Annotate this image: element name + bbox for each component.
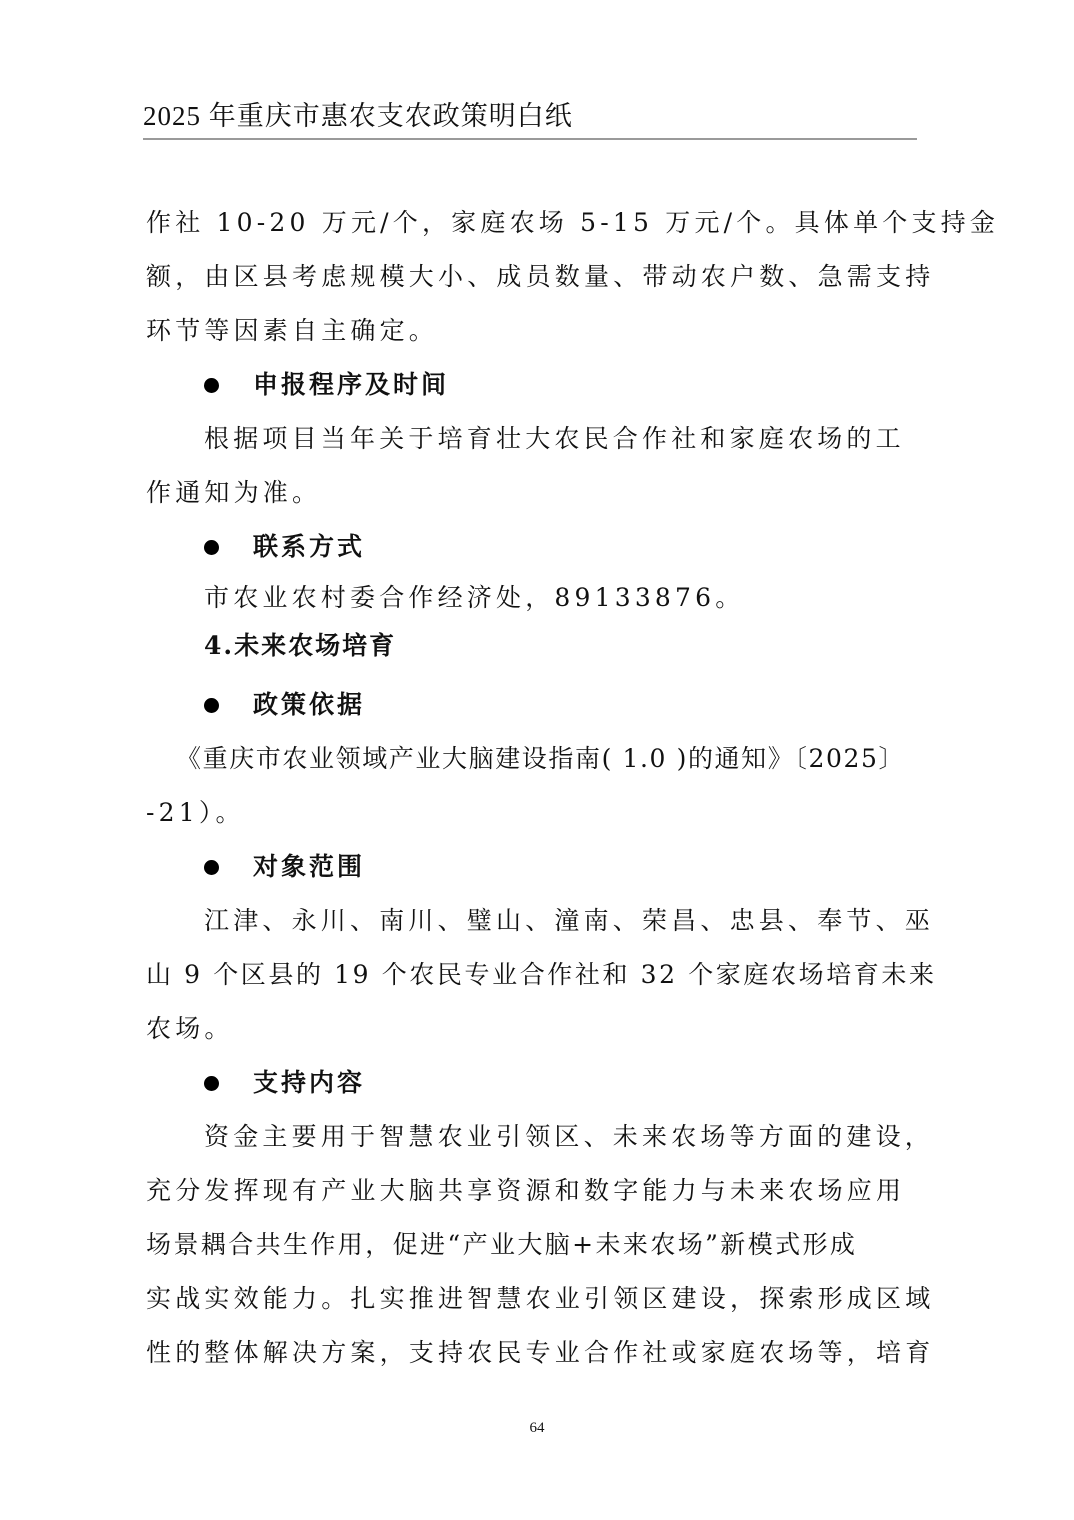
paragraph-line: 性的整体解决方案，支持农民专业合作社或家庭农场等，培育 [146, 1326, 916, 1380]
subheading-text: 支持内容 [253, 1056, 365, 1110]
subheading-support: 支持内容 [146, 1056, 916, 1110]
paragraph-line: 作通知为准。 [146, 466, 916, 520]
bullet-icon [204, 1076, 219, 1091]
paragraph-line: 江津、永川、南川、璧山、潼南、荣昌、忠县、奉节、巫 [146, 894, 916, 948]
paragraph-line: 场景耦合共生作用，促进“产业大脑+未来农场”新模式形成 [146, 1218, 916, 1272]
paragraph-line: 农场。 [146, 1002, 916, 1056]
contact-line: 市农业农村委合作经济处，89133876。 [146, 574, 916, 622]
section-title: 4.未来农场培育 [146, 622, 916, 678]
running-header-title: 2025 年重庆市惠农支农政策明白纸 [143, 96, 917, 136]
bullet-icon [204, 378, 219, 393]
paragraph-line: 作社 10-20 万元/个，家庭农场 5-15 万元/个。具体单个支持金 [146, 196, 916, 250]
subheading-text: 申报程序及时间 [253, 358, 449, 412]
subheading-basis: 政策依据 [146, 678, 916, 732]
header-divider [143, 138, 917, 140]
bullet-icon [204, 540, 219, 555]
subheading-text: 联系方式 [253, 520, 365, 574]
paragraph-line: -21）。 [146, 786, 916, 840]
subheading-text: 对象范围 [253, 840, 365, 894]
paragraph-line: 《重庆市农业领域产业大脑建设指南( 1.0 )的通知》〔2025〕 [146, 732, 916, 786]
page-number: 64 [0, 1420, 1074, 1437]
bullet-icon [204, 698, 219, 713]
paragraph-line: 资金主要用于智慧农业引领区、未来农场等方面的建设， [146, 1110, 916, 1164]
paragraph-line: 根据项目当年关于培育壮大农民合作社和家庭农场的工 [146, 412, 916, 466]
page-body: 作社 10-20 万元/个，家庭农场 5-15 万元/个。具体单个支持金 额，由… [146, 196, 916, 1380]
subheading-apply: 申报程序及时间 [146, 358, 916, 412]
paragraph-line: 充分发挥现有产业大脑共享资源和数字能力与未来农场应用 [146, 1164, 916, 1218]
paragraph-line: 额，由区县考虑规模大小、成员数量、带动农户数、急需支持 [146, 250, 916, 304]
paragraph-line: 环节等因素自主确定。 [146, 304, 916, 358]
subheading-contact: 联系方式 [146, 520, 916, 574]
subheading-text: 政策依据 [253, 678, 365, 732]
paragraph-line: 实战实效能力。扎实推进智慧农业引领区建设，探索形成区域 [146, 1272, 916, 1326]
bullet-icon [204, 860, 219, 875]
paragraph-line: 山 9 个区县的 19 个农民专业合作社和 32 个家庭农场培育未来 [146, 948, 916, 1002]
subheading-scope: 对象范围 [146, 840, 916, 894]
